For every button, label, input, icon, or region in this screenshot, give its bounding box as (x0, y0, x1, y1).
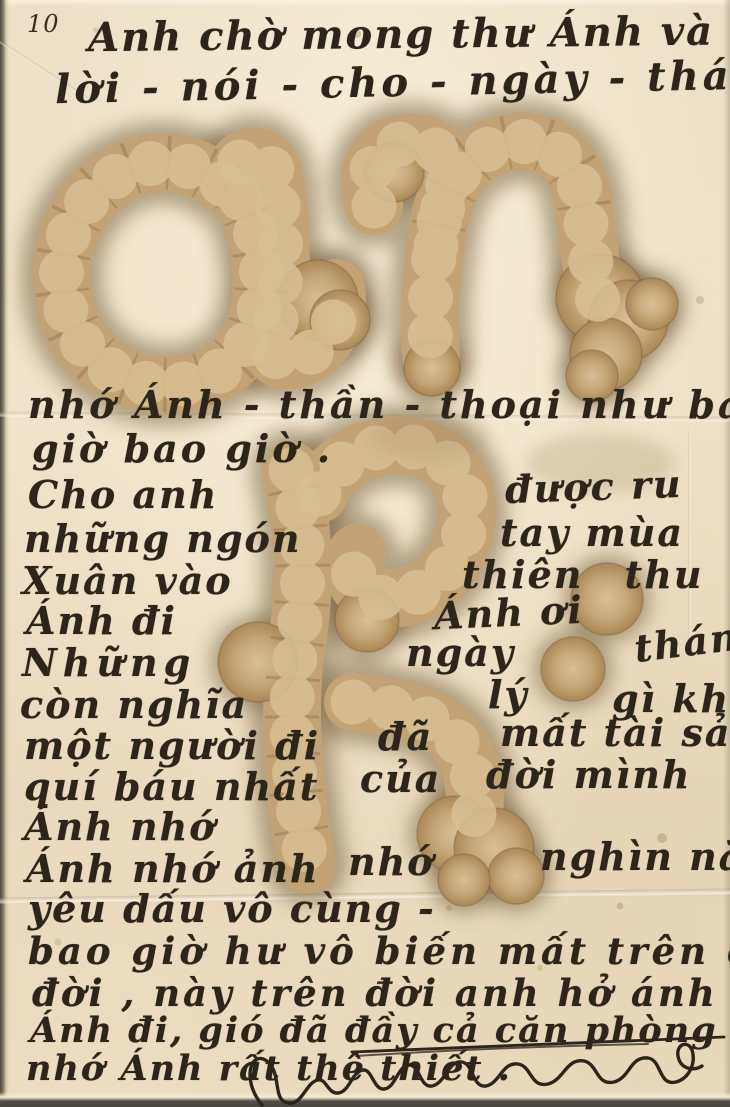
signature-underline (352, 1037, 724, 1056)
signature-block (0, 0, 730, 1107)
letter-page: 10 Anh chờ mong thư Ánh và những lời - n… (0, 0, 730, 1107)
signature-scrawl (250, 1044, 702, 1105)
